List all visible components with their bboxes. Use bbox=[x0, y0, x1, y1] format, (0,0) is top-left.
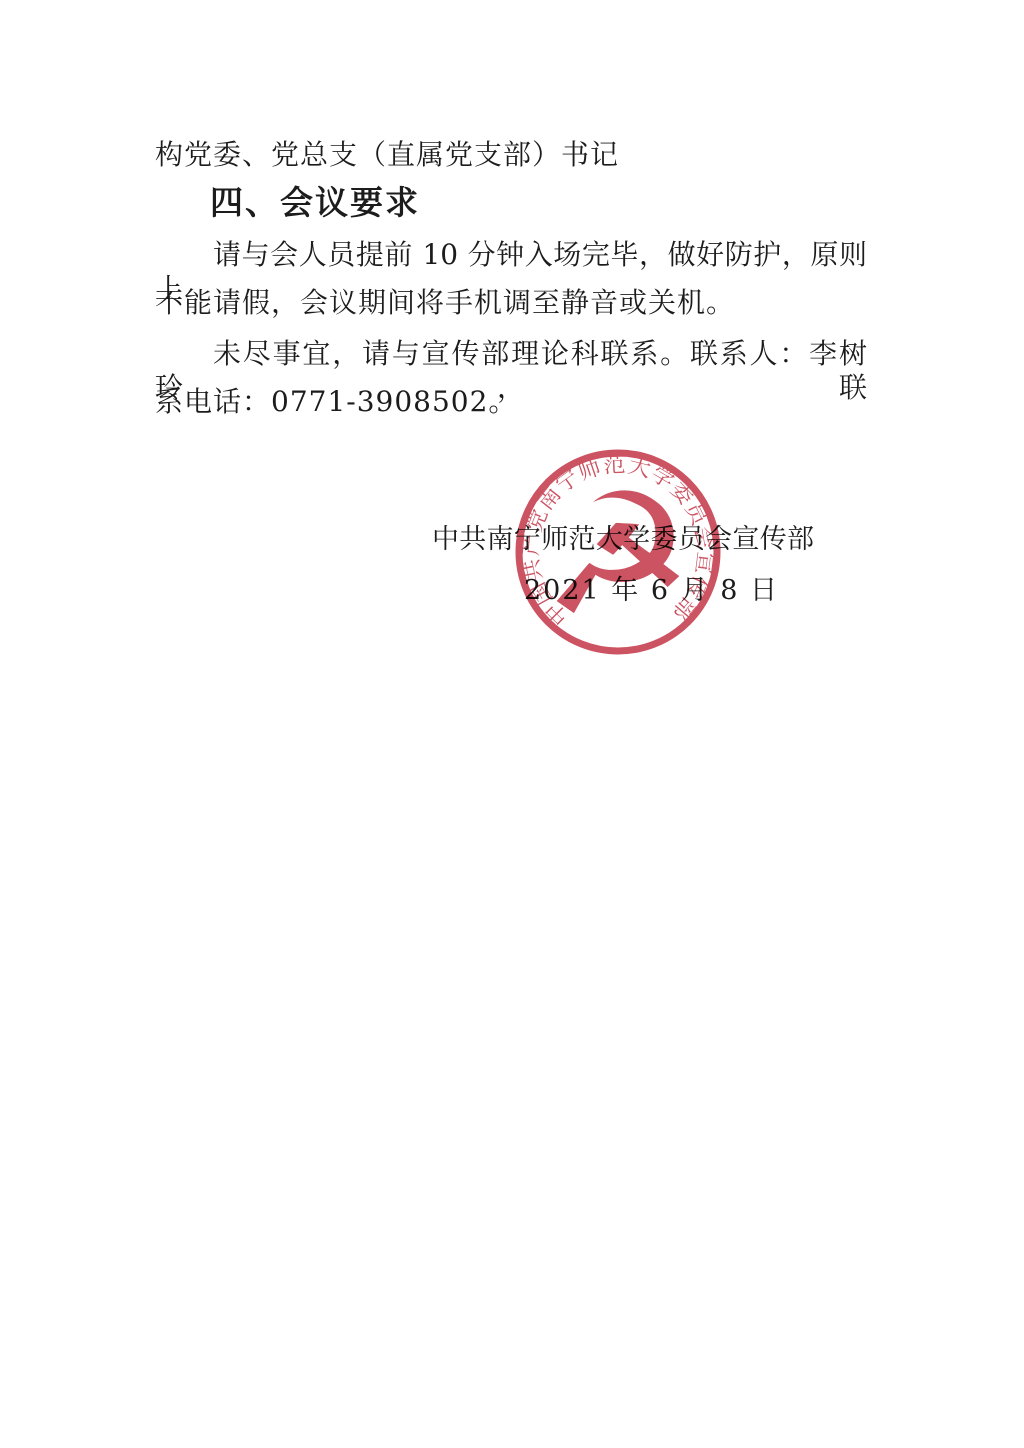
signature-organization: 中共南宁师范大学委员会宣传部 bbox=[432, 523, 814, 557]
section-heading: 四、会议要求 bbox=[210, 186, 420, 220]
signature-date: 2021 年 6 月 8 日 bbox=[524, 574, 779, 608]
paragraph2-line2: 系电话：0771-3908502。 bbox=[155, 385, 517, 419]
document-page: 构党委、党总支（直属党支部）书记 四、会议要求 请与会人员提前 10 分钟入场完… bbox=[0, 0, 1024, 1448]
paragraph1-line2: 不能请假，会议期间将手机调至静音或关机。 bbox=[155, 286, 735, 320]
continuation-line: 构党委、党总支（直属党支部）书记 bbox=[155, 138, 619, 172]
